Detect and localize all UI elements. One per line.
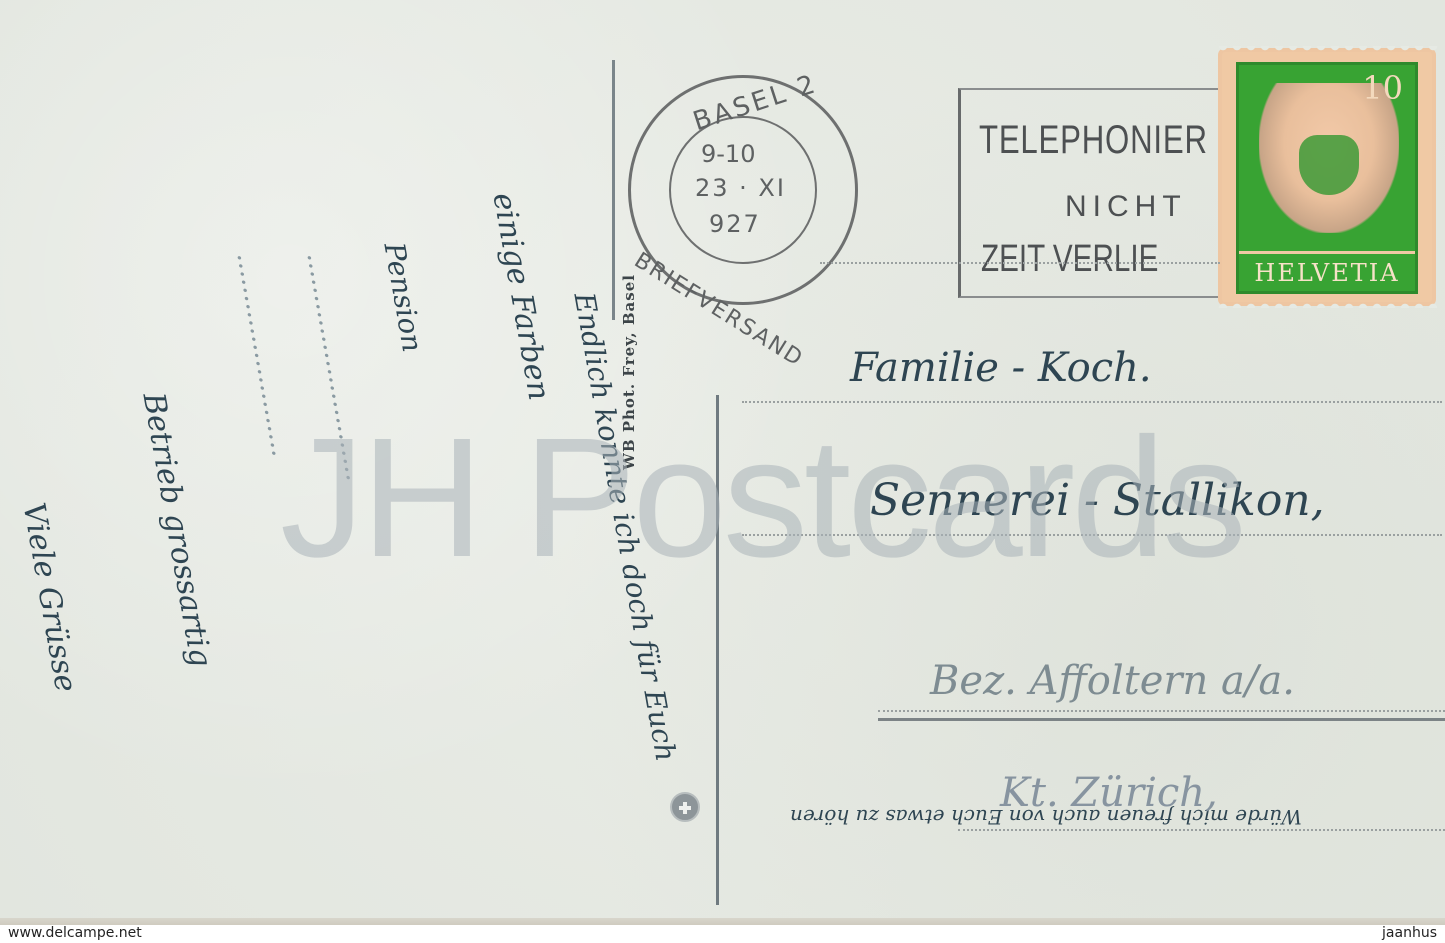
address-underline <box>878 718 1445 721</box>
postmark: BASEL 2 9-10 23 · XI 927 BRIEFVERSAND <box>628 75 858 305</box>
slogan-line-1: TELEPHONIER <box>979 118 1208 163</box>
swiss-cross-emblem-icon <box>670 792 700 822</box>
stamp-value: 10 <box>1362 69 1403 107</box>
postmark-year: 927 <box>709 210 761 238</box>
slogan-line-3: ZEIT VERLIE <box>981 238 1158 281</box>
jh-postcards-watermark: JH Postcards <box>280 400 1243 596</box>
address-line-rule <box>878 710 1445 712</box>
postcard-back: einige Farben Endlich konnte ich doch fü… <box>0 0 1445 925</box>
card-bottom-edge <box>0 918 1445 925</box>
postmark-time: 9-10 <box>701 140 755 168</box>
handwritten-message-line: einige Farben <box>486 190 557 403</box>
stamp-country: HELVETIA <box>1239 251 1415 291</box>
handwritten-message-line: Pension <box>378 240 430 354</box>
address-canton: Kt. Zürich, <box>1000 770 1218 816</box>
address-line-rule <box>820 262 1220 264</box>
postmark-date: 23 · XI <box>695 174 786 202</box>
card-divider-top <box>612 60 615 320</box>
address-line-rule <box>958 829 1445 831</box>
postmark-subtext: BRIEFVERSAND <box>630 248 808 372</box>
postage-stamp: 10 HELVETIA <box>1222 52 1432 302</box>
handwritten-message-line: Viele Grüsse <box>16 500 84 695</box>
slogan-line-2: NICHT <box>1065 190 1187 224</box>
address-district: Bez. Affoltern a/a. <box>930 658 1295 704</box>
delcampe-watermark: www.delcampe.net <box>8 924 142 942</box>
stamp-frame: 10 HELVETIA <box>1236 62 1418 294</box>
address-name: Familie - Koch. <box>850 345 1152 391</box>
handwritten-message-line: Betrieb grossartig <box>136 390 219 670</box>
jaanhus-watermark: jaanhus <box>1382 924 1437 942</box>
stamp-beard-shading <box>1299 135 1359 195</box>
